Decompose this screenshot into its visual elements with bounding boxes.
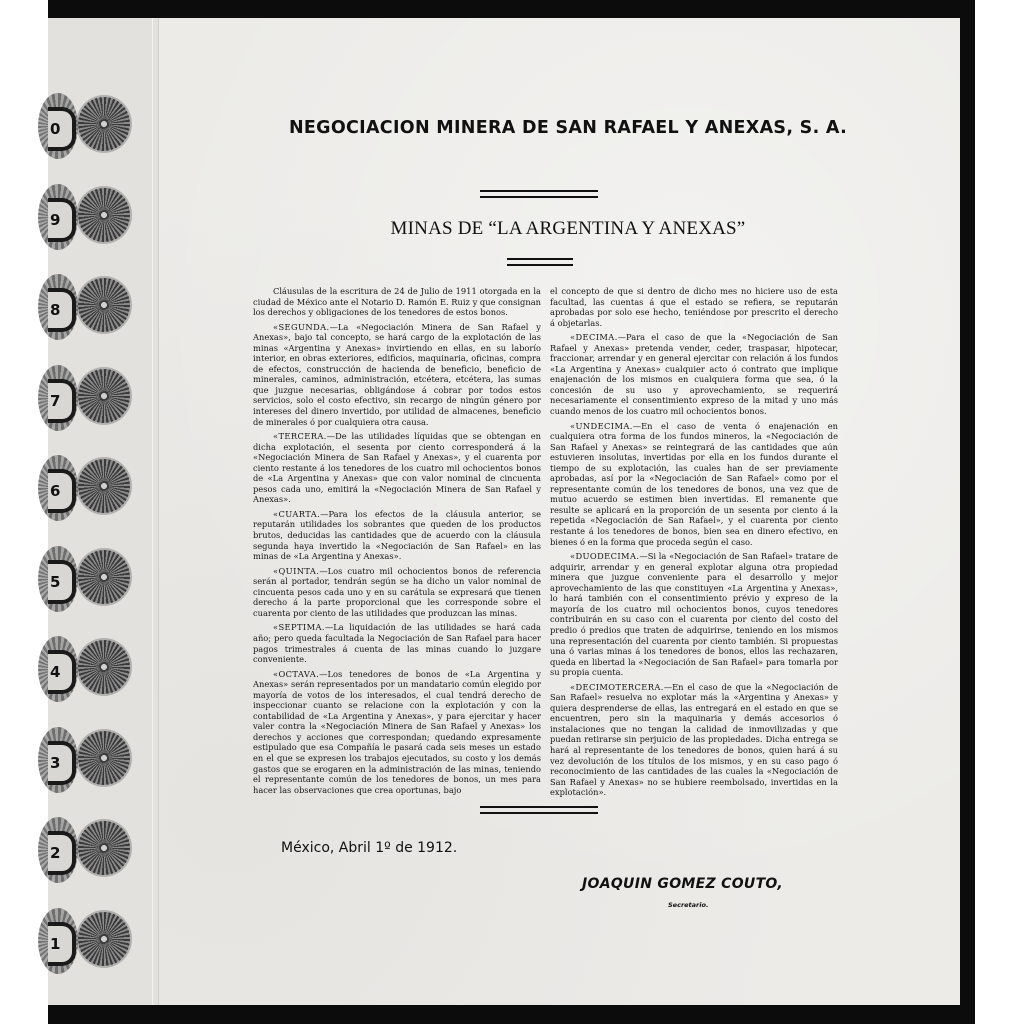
date-line: México, Abril 1º de 1912. xyxy=(281,840,457,856)
double-rule-divider xyxy=(507,258,573,266)
clause-paragraph: «SEGUNDA.—La «Negociación Minera de San … xyxy=(253,322,541,427)
clause-heading: «OCTAVA. xyxy=(273,669,319,679)
clauses-column-right: el concepto de que si dentro de dicho me… xyxy=(550,286,838,802)
double-rule-divider xyxy=(480,806,598,814)
document-subtitle: MINAS DE “LA ARGENTINA Y ANEXAS” xyxy=(198,218,938,240)
clause-heading: «SEGUNDA. xyxy=(273,322,330,332)
clauses-column-left: Cláusulas de la escritura de 24 de Julio… xyxy=(253,286,541,799)
clause-paragraph: el concepto de que si dentro de dicho me… xyxy=(550,286,838,328)
bond-document-page: 0987654321 NEGOCIACION MINERA DE SAN RAF… xyxy=(48,18,960,1005)
clause-heading: «CUARTA. xyxy=(273,509,320,519)
clause-heading: «QUINTA. xyxy=(273,566,319,576)
clause-paragraph: «TERCERA.—De las utilidades líquidas que… xyxy=(253,431,541,505)
company-title: NEGOCIACION MINERA DE SAN RAFAEL Y ANEXA… xyxy=(198,118,938,138)
clause-paragraph: «QUINTA.—Los cuatro mil ochocientos bono… xyxy=(253,566,541,619)
signatory-name: JOAQUIN GOMEZ COUTO, xyxy=(582,876,783,892)
clause-heading: «TERCERA. xyxy=(273,431,327,441)
clause-heading: «DECIMOTERCERA. xyxy=(570,682,664,692)
clause-paragraph: «DUODECIMA.—Si la «Negociación de San Ra… xyxy=(550,551,838,678)
clause-paragraph: «DECIMOTERCERA.—En el caso de que la «Ne… xyxy=(550,682,838,798)
document-content: NEGOCIACION MINERA DE SAN RAFAEL Y ANEXA… xyxy=(48,18,960,1005)
clause-heading: «DUODECIMA. xyxy=(570,551,639,561)
clause-paragraph: «OCTAVA.—Los tenedores de bonos de «La A… xyxy=(253,669,541,796)
clause-paragraph: «SEPTIMA.—La liquidación de las utilidad… xyxy=(253,622,541,664)
clause-heading: «DECIMA. xyxy=(570,332,618,342)
clause-paragraph: Cláusulas de la escritura de 24 de Julio… xyxy=(253,286,541,318)
double-rule-divider xyxy=(480,190,598,198)
clause-paragraph: «UNDECIMA.—En el caso de venta ó enajena… xyxy=(550,421,838,548)
clause-heading: «SEPTIMA. xyxy=(273,622,325,632)
clause-heading: «UNDECIMA. xyxy=(570,421,633,431)
clause-paragraph: «DECIMA.—Para el caso de que la «Negocia… xyxy=(550,332,838,416)
signatory-role: Secretario. xyxy=(668,901,708,909)
clause-paragraph: «CUARTA.—Para los efectos de la cláusula… xyxy=(253,509,541,562)
